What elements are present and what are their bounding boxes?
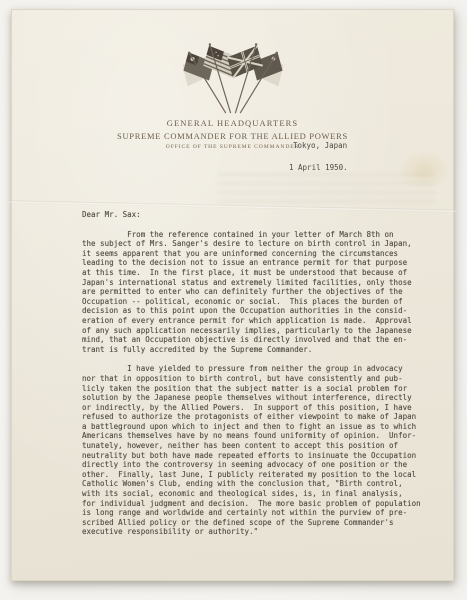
letter-page: GENERAL HEADQUARTERS SUPREME COMMANDER F…	[11, 9, 454, 581]
allied-flags-emblem	[171, 40, 295, 116]
letterhead-line2: SUPREME COMMANDER FOR THE ALLIED POWERS	[12, 131, 453, 141]
photo-background: GENERAL HEADQUARTERS SUPREME COMMANDER F…	[0, 0, 467, 600]
paragraph-2: I have yielded to pressure from neither …	[82, 364, 442, 537]
dateline-place: Tokyo, Japan	[293, 141, 348, 151]
paper-stain	[398, 150, 450, 190]
letterhead: GENERAL HEADQUARTERS SUPREME COMMANDER F…	[12, 40, 453, 150]
dateline-date: 1 April 1950.	[289, 163, 348, 173]
show-through-smudge	[217, 173, 435, 207]
letterhead-line1: GENERAL HEADQUARTERS	[12, 118, 453, 128]
salutation: Dear Mr. Sax:	[82, 210, 442, 220]
dateline: Tokyo, Japan 1 April 1950.	[293, 141, 348, 172]
letterhead-line3: OFFICE OF THE SUPREME COMMANDER	[12, 144, 453, 150]
letter-body: Dear Mr. Sax: From the reference contain…	[82, 210, 442, 547]
paragraph-1: From the reference contained in your let…	[82, 230, 442, 355]
